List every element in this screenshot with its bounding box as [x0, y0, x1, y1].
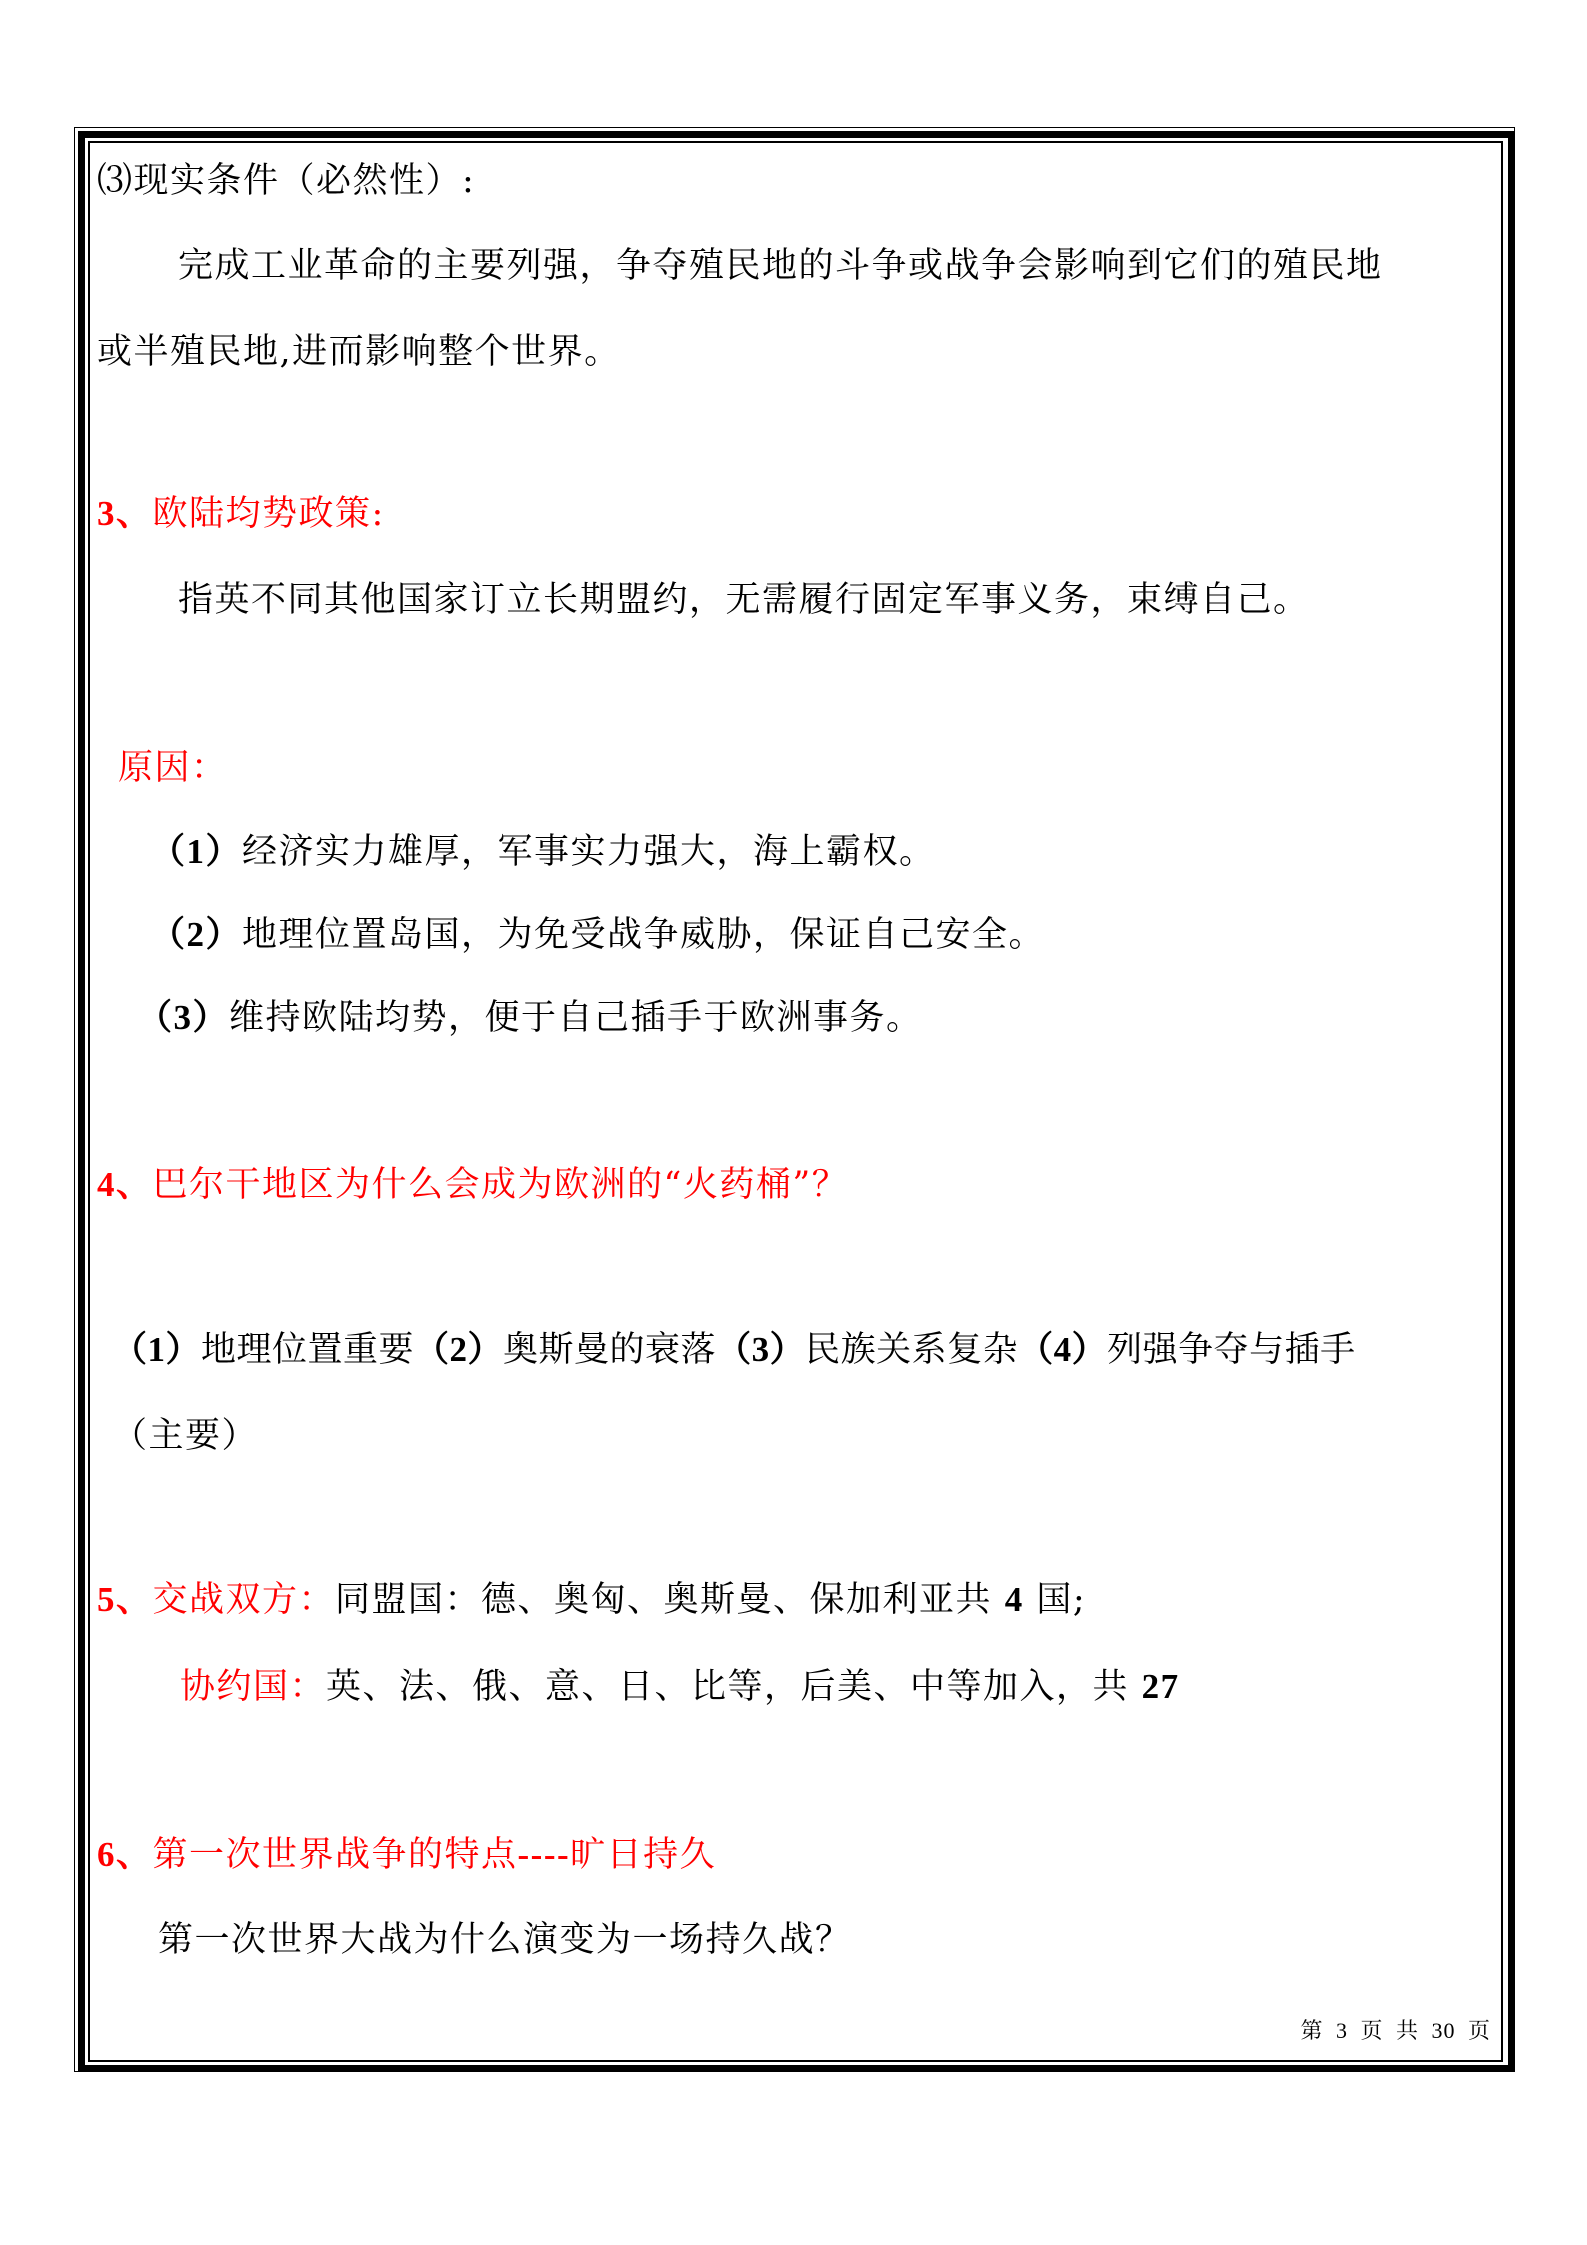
- section-number: 6、: [97, 1835, 153, 1874]
- central-powers-suffix: 国;: [1036, 1580, 1086, 1620]
- reason-item: （2）地理位置岛国，为免受战争威胁，保证自己安全。: [150, 915, 1045, 955]
- entente-text: 英、法、俄、意、日、比等，后美、中等加入，共: [326, 1667, 1129, 1707]
- title-dashes: ----: [518, 1835, 571, 1874]
- section-number: 4、: [97, 1165, 153, 1204]
- page-number-footer: 第 3 页 共 30 页: [1300, 2018, 1491, 2044]
- central-powers-count: 4: [1005, 1580, 1024, 1619]
- section-5-heading: 5、交战双方：同盟国：德、奥匈、奥斯曼、保加利亚共 4 国;: [97, 1580, 1086, 1620]
- section-title: 巴尔干地区为什么会成为欧洲的“火药桶”？: [153, 1165, 849, 1205]
- section-3-heading: 3、欧陆均势政策:: [97, 494, 385, 534]
- answer-number: （1）: [112, 1330, 201, 1369]
- subitem-3-title: ⑶现实条件（必然性）:: [97, 161, 475, 201]
- section-title: 第一次世界战争的特点: [153, 1835, 518, 1875]
- answer-number: （2）: [414, 1330, 503, 1369]
- reason-number: （1）: [150, 832, 242, 871]
- reason-number: （3）: [137, 998, 229, 1037]
- entente-label: 协约国：: [180, 1667, 326, 1707]
- reason-item: （1）经济实力雄厚，军事实力强大，海上霸权。: [150, 832, 936, 872]
- section-4-heading: 4、巴尔干地区为什么会成为欧洲的“火药桶”？: [97, 1165, 848, 1205]
- subitem-3-body-line2: 或半殖民地,进而影响整个世界。: [97, 332, 621, 372]
- subitem-3-body-line1: 完成工业革命的主要列强，争夺殖民地的斗争或战争会影响到它们的殖民地: [178, 246, 1383, 286]
- answer-text: 民族关系复杂: [805, 1330, 1018, 1370]
- section-number: 5、: [97, 1580, 153, 1619]
- section-6-heading: 6、第一次世界战争的特点----旷日持久: [97, 1835, 716, 1875]
- answer-text: 地理位置重要: [201, 1330, 414, 1370]
- section-title: 交战双方：: [153, 1580, 336, 1620]
- section-number: 3、: [97, 494, 153, 533]
- answer-text: 列强争夺与插手: [1107, 1330, 1356, 1370]
- section-4-answer-tail: （主要）: [112, 1416, 258, 1456]
- section-title: 欧陆均势政策:: [153, 494, 385, 534]
- central-powers-text: 德、奥匈、奥斯曼、保加利亚共: [481, 1580, 992, 1620]
- reason-text: 维持欧陆均势，便于自己插手于欧洲事务。: [229, 998, 923, 1038]
- reason-text: 地理位置岛国，为免受战争威胁，保证自己安全。: [242, 915, 1045, 955]
- answer-number: （3）: [716, 1330, 805, 1369]
- entente-line: 协约国：英、法、俄、意、日、比等，后美、中等加入，共 27: [180, 1667, 1180, 1707]
- reason-number: （2）: [150, 915, 242, 954]
- reasons-label: 原因：: [118, 748, 228, 788]
- answer-number: （4）: [1018, 1330, 1107, 1369]
- section-4-answer: （1）地理位置重要（2）奥斯曼的衰落（3）民族关系复杂（4）列强争夺与插手: [112, 1330, 1356, 1370]
- section-6-question: 第一次世界大战为什么演变为一场持久战？: [158, 1920, 852, 1960]
- central-powers-label: 同盟国：: [335, 1580, 481, 1620]
- section-title-tail: 旷日持久: [570, 1835, 716, 1875]
- answer-text: 奥斯曼的衰落: [503, 1330, 716, 1370]
- entente-count: 27: [1142, 1667, 1180, 1706]
- reason-text: 经济实力雄厚，军事实力强大，海上霸权。: [242, 832, 936, 872]
- section-3-body: 指英不同其他国家订立长期盟约，无需履行固定军事义务，束缚自己。: [178, 580, 1310, 620]
- page-border-inner: [88, 141, 1503, 2062]
- reason-item: （3）维持欧陆均势，便于自己插手于欧洲事务。: [137, 998, 923, 1038]
